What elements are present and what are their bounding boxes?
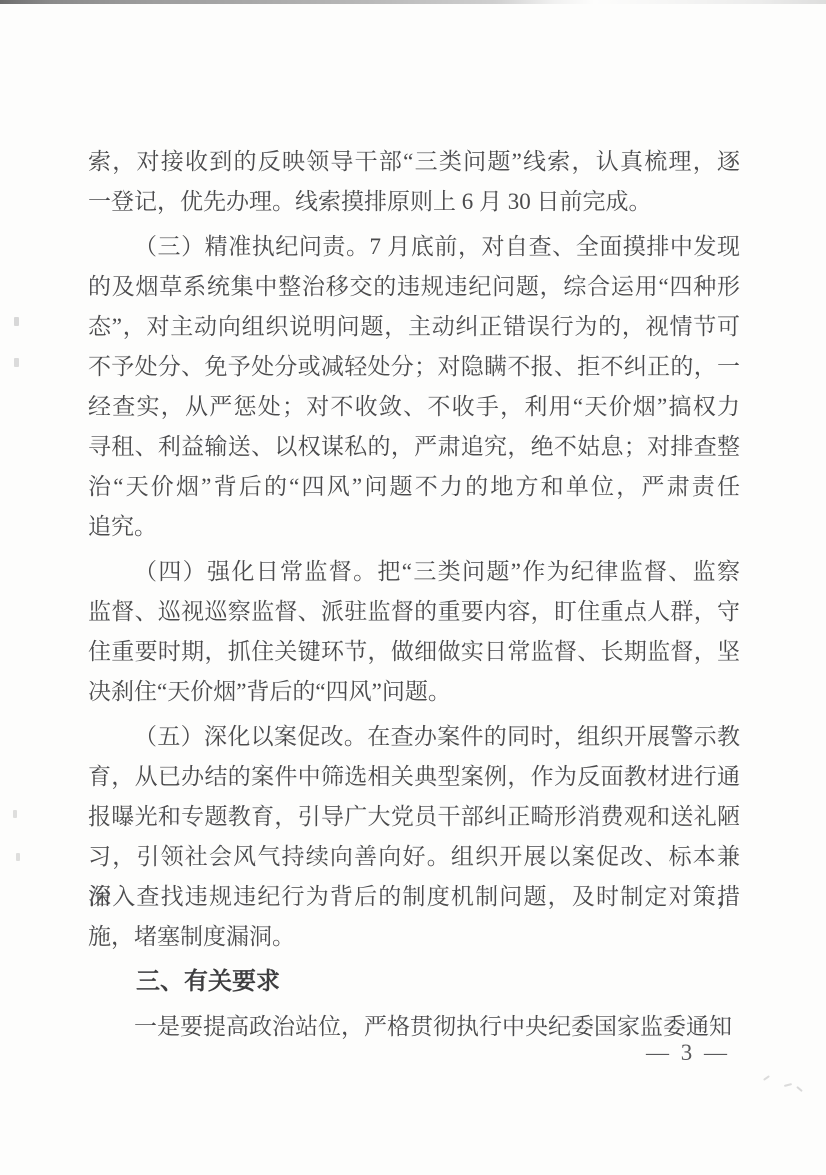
paragraph-item-three: （三）精准执纪问责。7 月底前，对自查、全面摸排中发现的及烟草系统集中整治移交的…: [88, 227, 740, 547]
paragraph-requirement-one: 一是要提高政治站位，严格贯彻执行中央纪委国家监委通知: [88, 1007, 740, 1047]
paragraph-item-four: （四）强化日常监督。把“三类问题”作为纪律监督、监察监督、巡视巡察监督、派驻监督…: [88, 552, 740, 712]
paragraph-item-five: （五）深化以案促改。在查办案件的同时，组织开展警示教育，从已办结的案件中筛选相关…: [88, 717, 740, 957]
text-line: 追究。: [88, 507, 740, 547]
text-line: 的及烟草系统集中整治移交的违规违纪问题，综合运用“四种形: [88, 267, 740, 307]
text-line: 习，引领社会风气持续向善向好。组织开展以案促改、标本兼治，: [88, 837, 740, 877]
paragraph-continuation: 索，对接收到的反映领导干部“三类问题”线索，认真梳理，逐一登记，优先办理。线索摸…: [88, 142, 740, 222]
scan-edge-artifact: [0, 0, 826, 4]
scan-speck: [16, 853, 20, 861]
text-line: （五）深化以案促改。在查办案件的同时，组织开展警示教: [88, 717, 740, 757]
scanned-document-page: 索，对接收到的反映领导干部“三类问题”线索，认真梳理，逐一登记，优先办理。线索摸…: [0, 0, 826, 1175]
text-line: 不予处分、免予处分或减轻处分；对隐瞒不报、拒不纠正的，一: [88, 347, 740, 387]
text-line: 态”，对主动向组织说明问题，主动纠正错误行为的，视情节可: [88, 307, 740, 347]
text-line: 监督、巡视巡察监督、派驻监督的重要内容，盯住重点人群，守: [88, 592, 740, 632]
scan-speck: [14, 358, 19, 367]
section-heading-requirements: 三、有关要求: [88, 962, 740, 1002]
text-line: 寻租、利益输送、以权谋私的，严肃追究，绝不姑息；对排查整: [88, 427, 740, 467]
text-line: （三）精准执纪问责。7 月底前，对自查、全面摸排中发现: [88, 227, 740, 267]
text-line: 索，对接收到的反映领导干部“三类问题”线索，认真梳理，逐: [88, 142, 740, 182]
scan-speck: [784, 1083, 792, 1087]
scan-speck: [796, 1086, 803, 1092]
scan-speck: [14, 317, 19, 326]
text-line: 住重要时期，抓住关键环节，做细做实日常监督、长期监督，坚: [88, 632, 740, 672]
text-line: 深入查找违规违纪行为背后的制度机制问题，及时制定对策措: [88, 877, 740, 917]
text-line: 育，从已办结的案件中筛选相关典型案例，作为反面教材进行通: [88, 757, 740, 797]
text-line: 报曝光和专题教育，引导广大党员干部纠正畸形消费观和送礼陋: [88, 797, 740, 837]
text-line: 施，堵塞制度漏洞。: [88, 917, 740, 957]
text-line: 治“天价烟”背后的“四风”问题不力的地方和单位，严肃责任: [88, 467, 740, 507]
text-line: 一是要提高政治站位，严格贯彻执行中央纪委国家监委通知: [88, 1007, 740, 1047]
text-line: 经查实，从严惩处；对不收敛、不收手，利用“天价烟”搞权力: [88, 387, 740, 427]
text-line: 一登记，优先办理。线索摸排原则上 6 月 30 日前完成。: [88, 182, 740, 222]
text-line: （四）强化日常监督。把“三类问题”作为纪律监督、监察: [88, 552, 740, 592]
scan-speck: [13, 810, 17, 818]
scan-speck: [763, 1075, 770, 1081]
text-line: 决刹住“天价烟”背后的“四风”问题。: [88, 672, 740, 712]
document-body: 索，对接收到的反映领导干部“三类问题”线索，认真梳理，逐一登记，优先办理。线索摸…: [88, 142, 740, 1047]
page-number: — 3 —: [646, 1040, 730, 1066]
